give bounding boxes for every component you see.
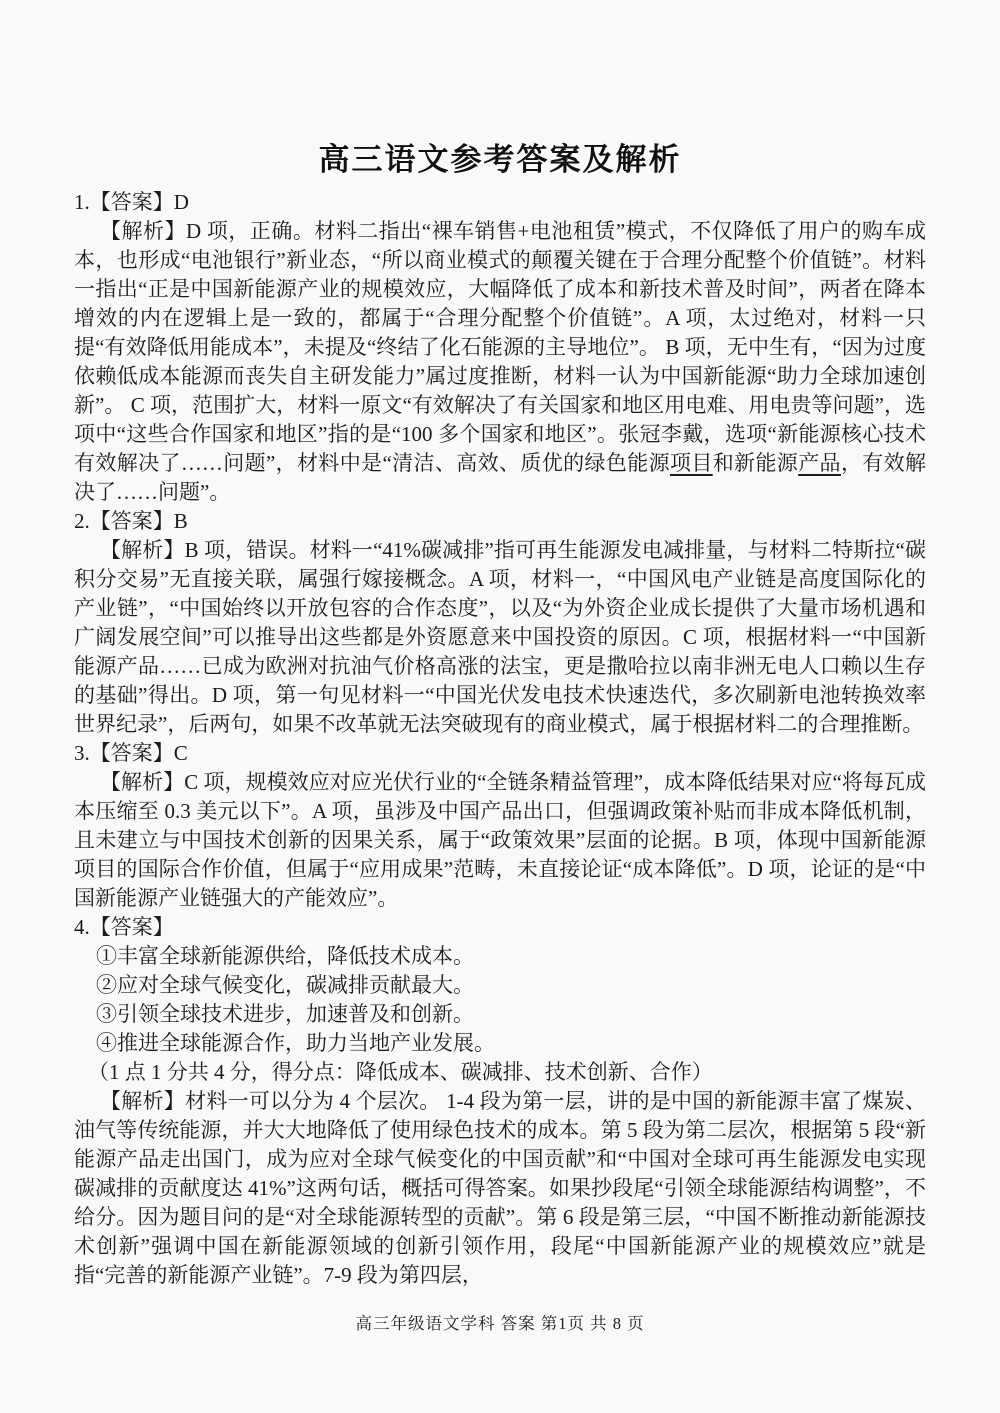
answer-point-1: ①丰富全球新能源供给，降低技术成本。 xyxy=(74,942,926,971)
answer-value-1: D xyxy=(174,190,189,214)
analysis-text: B 项，错误。材料一“41%碳减排”指可再生能源发电减排量，与材料二特斯拉“碳积… xyxy=(74,538,926,736)
answer-line-1: 1.【答案】D xyxy=(74,188,926,217)
answer-point-3: ③引领全球技术进步，加速普及和创新。 xyxy=(74,1000,926,1029)
analysis-label: 【解析】 xyxy=(100,538,185,562)
question-4-block: 4.【答案】 ①丰富全球新能源供给，降低技术成本。 ②应对全球气候变化，碳减排贡… xyxy=(74,913,926,1290)
analysis-text: C 项，规模效应对应光伏行业的“全链条精益管理”，成本降低结果对应“将每瓦成本压… xyxy=(74,770,926,910)
answer-point-2: ②应对全球气候变化，碳减排贡献最大。 xyxy=(74,971,926,1000)
question-1-block: 1.【答案】D 【解析】D 项，正确。材料二指出“裸车销售+电池租赁”模式，不仅… xyxy=(74,188,926,507)
document-page: 高三语文参考答案及解析 1.【答案】D 【解析】D 项，正确。材料二指出“裸车销… xyxy=(0,0,1000,1413)
scoring-note: （1 点 1 分共 4 分，得分点：降低成本、碳减排、技术创新、合作） xyxy=(74,1058,926,1087)
answer-label: 【答案】 xyxy=(90,741,174,765)
underlined-term: 产品 xyxy=(798,451,841,475)
answer-label: 【答案】 xyxy=(90,509,174,533)
question-2-block: 2.【答案】B 【解析】B 项，错误。材料一“41%碳减排”指可再生能源发电减排… xyxy=(74,507,926,739)
answer-value-3: C xyxy=(174,741,188,765)
analysis-paragraph-4: 【解析】材料一可以分为 4 个层次。 1-4 段为第一层，讲的是中国的新能源丰富… xyxy=(74,1087,926,1290)
analysis-text: 和新能源 xyxy=(713,451,798,475)
question-3-number: 3. xyxy=(74,741,90,765)
document-body: 1.【答案】D 【解析】D 项，正确。材料二指出“裸车销售+电池租赁”模式，不仅… xyxy=(74,188,926,1290)
question-3-block: 3.【答案】C 【解析】C 项，规模效应对应光伏行业的“全链条精益管理”，成本降… xyxy=(74,739,926,913)
analysis-label: 【解析】 xyxy=(100,1089,185,1113)
underlined-term: 项目 xyxy=(670,451,713,475)
answer-line-4: 4.【答案】 xyxy=(74,913,926,942)
analysis-paragraph-1: 【解析】D 项，正确。材料二指出“裸车销售+电池租赁”模式，不仅降低了用户的购车… xyxy=(74,217,926,507)
page-title: 高三语文参考答案及解析 xyxy=(0,134,1000,179)
answer-line-3: 3.【答案】C xyxy=(74,739,926,768)
analysis-text: 材料一可以分为 4 个层次。 1-4 段为第一层，讲的是中国的新能源丰富了煤炭、… xyxy=(74,1089,926,1287)
answer-point-4: ④推进全球能源合作，助力当地产业发展。 xyxy=(74,1029,926,1058)
analysis-paragraph-3: 【解析】C 项，规模效应对应光伏行业的“全链条精益管理”，成本降低结果对应“将每… xyxy=(74,768,926,913)
question-4-number: 4. xyxy=(74,915,90,939)
analysis-text: D 项，正确。材料二指出“裸车销售+电池租赁”模式，不仅降低了用户的购车成本，也… xyxy=(74,219,926,475)
analysis-label: 【解析】 xyxy=(100,770,184,794)
question-1-number: 1. xyxy=(74,190,90,214)
answer-value-2: B xyxy=(174,509,188,533)
answer-line-2: 2.【答案】B xyxy=(74,507,926,536)
answer-label: 【答案】 xyxy=(90,190,174,214)
analysis-label: 【解析】 xyxy=(100,219,186,243)
page-footer: 高三年级语文学科 答案 第1页 共 8 页 xyxy=(0,1310,1000,1334)
analysis-paragraph-2: 【解析】B 项，错误。材料一“41%碳减排”指可再生能源发电减排量，与材料二特斯… xyxy=(74,536,926,739)
question-2-number: 2. xyxy=(74,509,90,533)
answer-label: 【答案】 xyxy=(90,915,174,939)
